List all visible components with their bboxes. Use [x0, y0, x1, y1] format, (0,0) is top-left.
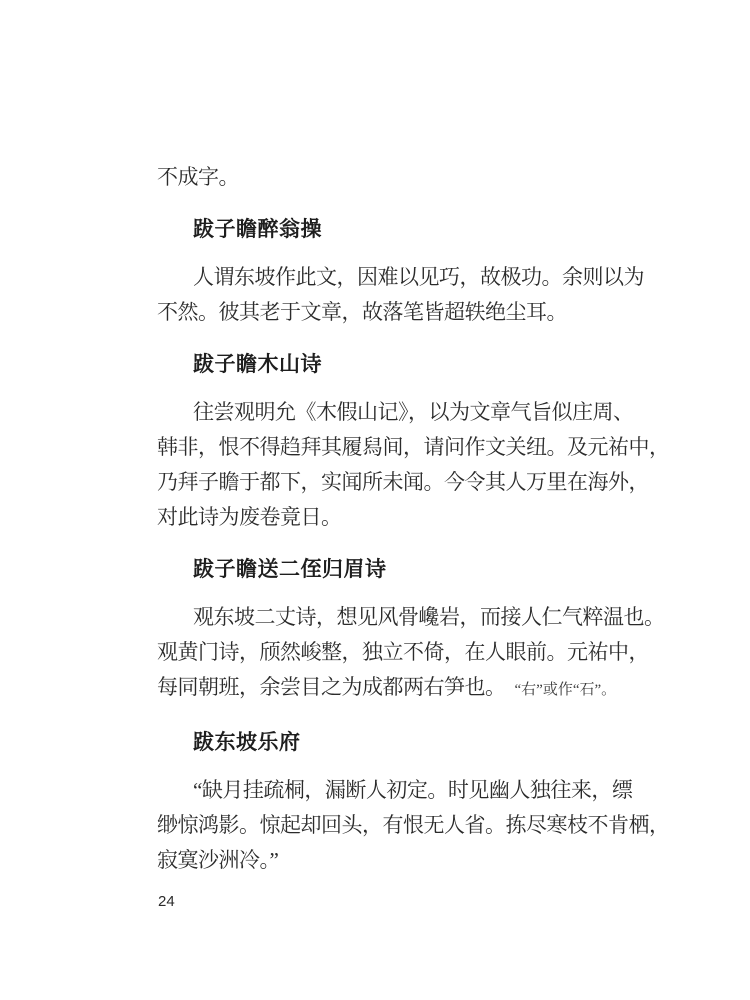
book-page: 不成字。 跋子瞻醉翁操 人谓东坡作此文，因难以见巧，故极功。余则以为 不然。彼其…	[0, 0, 750, 1000]
text-line: 乃拜子瞻于都下，实闻所未闻。今令其人万里在海外，	[157, 465, 582, 500]
text-line: 对此诗为废卷竟日。	[157, 500, 582, 535]
text-line: “缺月挂疏桐，漏断人初定。时见幽人独往来，缥	[157, 773, 582, 808]
text-line: 人谓东坡作此文，因难以见巧，故极功。余则以为	[157, 260, 582, 295]
paragraph: 往尝观明允《木假山记》，以为文章气旨似庄周、 韩非，恨不得趋拜其履舄间，请问作文…	[157, 395, 582, 535]
section-ba-dongpo-yuefu: 跋东坡乐府 “缺月挂疏桐，漏断人初定。时见幽人独往来，缥 缈惊鸿影。惊起却回头，…	[157, 725, 582, 878]
page-number: 24	[158, 893, 175, 910]
text-line: 往尝观明允《木假山记》，以为文章气旨似庄周、	[157, 395, 582, 430]
section-ba-zizhan-song-erzhi-guimeishi: 跋子瞻送二侄归眉诗 观东坡二丈诗，想见风骨巉岩，而接人仁气粹温也。 观黄门诗，颀…	[157, 552, 582, 708]
section-ba-zizhan-mushanshi: 跋子瞻木山诗 往尝观明允《木假山记》，以为文章气旨似庄周、 韩非，恨不得趋拜其履…	[157, 347, 582, 535]
text-line: 不然。彼其老于文章，故落笔皆超轶绝尘耳。	[157, 295, 582, 330]
text-line: 韩非，恨不得趋拜其履舄间，请问作文关纽。及元祐中，	[157, 430, 582, 465]
inline-variant-note: “右”或作“石”。	[515, 682, 617, 698]
paragraph: “缺月挂疏桐，漏断人初定。时见幽人独往来，缥 缈惊鸿影。惊起却回头，有恨无人省。…	[157, 773, 582, 878]
text-line: 每同朝班，余尝目之为成都两右笋也。“右”或作“石”。	[157, 670, 582, 708]
text-line: 观黄门诗，颀然峻整，独立不倚，在人眼前。元祐中，	[157, 635, 582, 670]
section-ba-zizhan-zuiwengcao: 跋子瞻醉翁操 人谓东坡作此文，因难以见巧，故极功。余则以为 不然。彼其老于文章，…	[157, 212, 582, 330]
text-block: 不成字。 跋子瞻醉翁操 人谓东坡作此文，因难以见巧，故极功。余则以为 不然。彼其…	[157, 160, 582, 878]
text-line: 寂寞沙洲冷。”	[157, 843, 582, 878]
continuation-line: 不成字。	[157, 160, 582, 195]
paragraph: 观东坡二丈诗，想见风骨巉岩，而接人仁气粹温也。 观黄门诗，颀然峻整，独立不倚，在…	[157, 600, 582, 708]
paragraph: 人谓东坡作此文，因难以见巧，故极功。余则以为 不然。彼其老于文章，故落笔皆超轶绝…	[157, 260, 582, 330]
text-line-main: 每同朝班，余尝目之为成都两右笋也。	[157, 675, 506, 699]
section-heading: 跋子瞻木山诗	[157, 347, 582, 382]
section-heading: 跋子瞻醉翁操	[157, 212, 582, 247]
text-line: 观东坡二丈诗，想见风骨巉岩，而接人仁气粹温也。	[157, 600, 582, 635]
text-line: 缈惊鸿影。惊起却回头，有恨无人省。拣尽寒枝不肯栖，	[157, 808, 582, 843]
section-heading: 跋东坡乐府	[157, 725, 582, 760]
section-heading: 跋子瞻送二侄归眉诗	[157, 552, 582, 587]
